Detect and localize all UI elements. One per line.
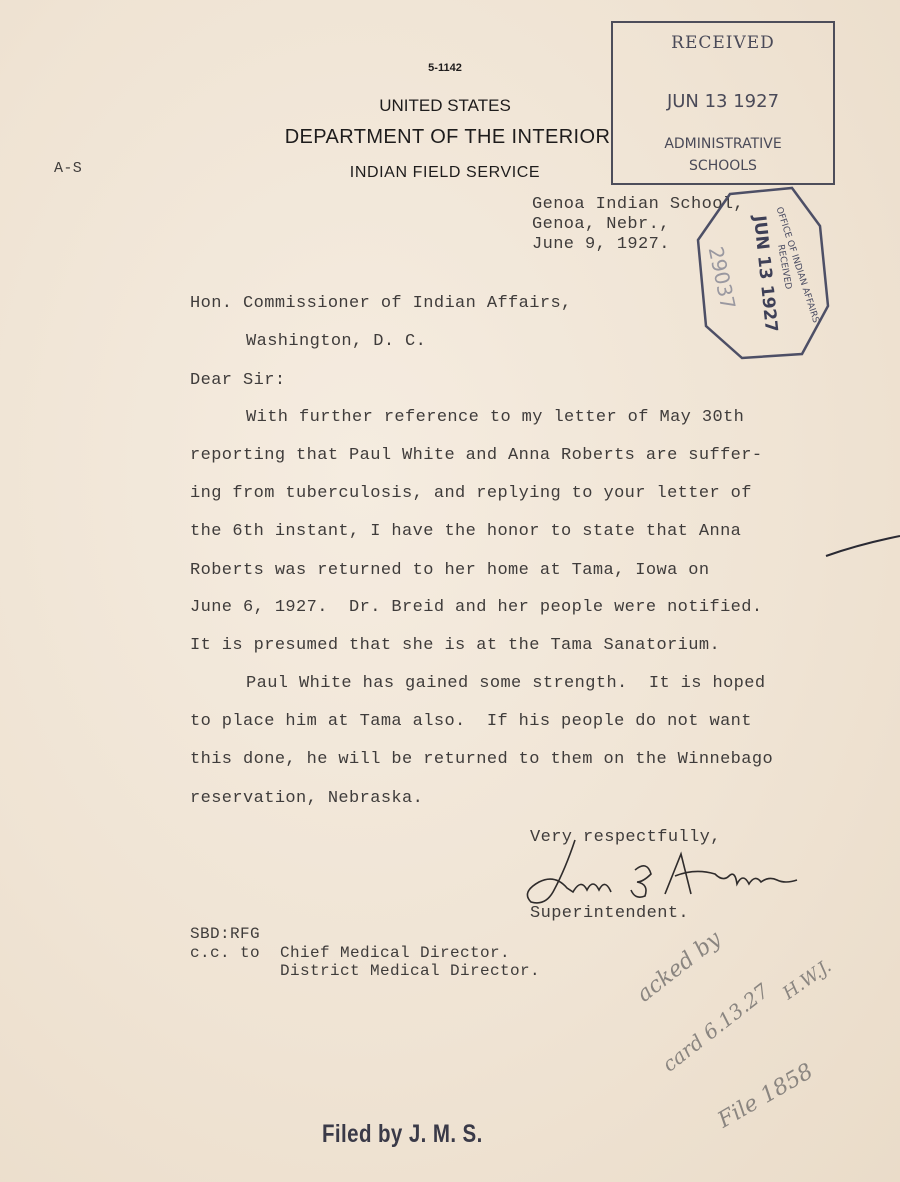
pencil-note-2: File 1858 [714,1059,818,1133]
body-line: the 6th instant, I have the honor to sta… [190,522,741,541]
sender-address-line-3: June 9, 1927. [532,235,670,254]
form-number: 5-1142 [400,62,490,74]
margin-code: A-S [54,160,82,177]
cc-line-1: Chief Medical Director. [280,944,510,962]
body-line: Paul White has gained some strength. It … [246,674,765,693]
body-line: reservation, Nebraska. [190,789,423,808]
filed-by-stamp: Filed by J. M. S. [322,1120,483,1149]
salutation: Dear Sir: [190,371,285,390]
pen-mark-icon [820,530,900,560]
pencil-note-1-initials: H.W.J. [779,956,835,1004]
pencil-note-1-line-2: card 6.13.27 [658,979,774,1077]
body-line: Roberts was returned to her home at Tama… [190,561,709,580]
signer-title: Superintendent. [530,904,689,923]
sender-address-line-2: Genoa, Nebr., [532,215,670,234]
pencil-note-1-line-1: acked by [632,926,726,1007]
letterhead-line-3: INDIAN FIELD SERVICE [330,164,560,182]
letterhead-line-1: UNITED STATES [330,96,560,116]
body-line: reporting that Paul White and Anna Rober… [190,446,763,465]
body-line: this done, he will be returned to them o… [190,750,773,769]
body-line: ing from tuberculosis, and replying to y… [190,484,752,503]
recipient-line-2: Washington, D. C. [246,332,426,351]
body-line: With further reference to my letter of M… [246,408,744,427]
received-stamp: RECEIVED JUN 13 1927 ADMINISTRATIVE SCHO… [611,21,835,185]
letterhead-line-2: DEPARTMENT OF THE INTERIOR [270,126,625,149]
body-line: June 6, 1927. Dr. Breid and her people w… [190,598,763,617]
typist-initials: SBD:RFG [190,925,260,943]
body-line: to place him at Tama also. If his people… [190,712,752,731]
oia-received-stamp: JUN 13 1927 OFFICE OF INDIAN AFFAIRS REC… [692,186,832,362]
recipient-line-1: Hon. Commissioner of Indian Affairs, [190,294,572,313]
body-line: It is presumed that she is at the Tama S… [190,636,720,655]
received-stamp-dept-2: SCHOOLS [613,158,833,174]
received-stamp-dept-1: ADMINISTRATIVE [613,136,833,152]
cc-line-2: District Medical Director. [280,962,540,980]
received-stamp-date: JUN 13 1927 [613,91,833,112]
received-stamp-title: RECEIVED [613,33,833,53]
cc-prefix: c.c. to [190,944,260,962]
